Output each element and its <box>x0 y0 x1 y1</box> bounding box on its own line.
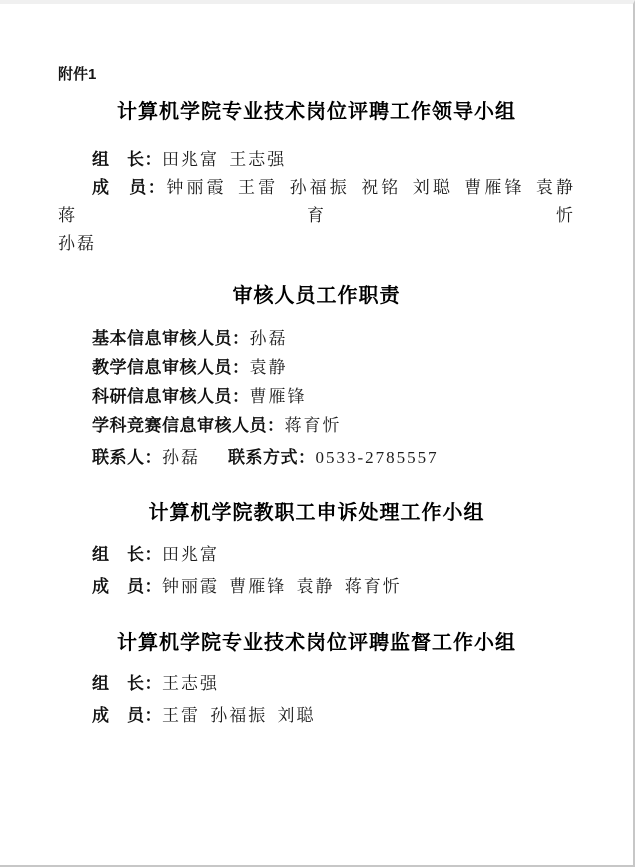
row-value: 田兆富 王志强 <box>162 150 286 169</box>
document-page: 附件1 计算机学院专业技术岗位评聘工作领导小组 组 长：田兆富 王志强 成 员：… <box>0 0 635 867</box>
section-reviewer-duties: 审核人员工作职责 基本信息审核人员：孙磊 教学信息审核人员：袁静 科研信息审核人… <box>58 281 575 472</box>
row-value: 蒋育忻 <box>285 416 342 435</box>
attachment-label: 附件1 <box>58 64 575 86</box>
contact-method-label: 联系方式： <box>228 448 316 467</box>
reviewer-row: 教学信息审核人员：袁静 <box>58 353 575 382</box>
row-label: 基本信息审核人员： <box>92 329 250 348</box>
row-value: 孙磊 <box>58 234 96 253</box>
section-title: 计算机学院教职工申诉处理工作小组 <box>58 498 575 528</box>
row-label: 成 员： <box>92 706 162 725</box>
section-title: 计算机学院专业技术岗位评聘工作领导小组 <box>58 97 575 127</box>
section-title: 计算机学院专业技术岗位评聘监督工作小组 <box>58 628 575 658</box>
row-label: 组 长： <box>92 150 162 169</box>
leader-row: 组 长：田兆富 <box>58 539 575 571</box>
reviewer-row: 基本信息审核人员：孙磊 <box>58 324 575 353</box>
row-value: 钟丽霞 曹雁锋 袁静 蒋育忻 <box>162 577 402 596</box>
row-label: 组 长： <box>92 545 162 564</box>
members-overflow-row: 孙磊 <box>58 230 575 258</box>
row-label: 成 员： <box>92 577 162 596</box>
row-value: 王雷 孙福振 刘聪 <box>162 706 316 725</box>
row-label: 学科竞赛信息审核人员： <box>92 416 285 435</box>
reviewer-row: 科研信息审核人员：曹雁锋 <box>58 382 575 411</box>
leader-row: 组 长：田兆富 王志强 <box>58 146 575 174</box>
section-title: 审核人员工作职责 <box>58 281 575 311</box>
members-row: 成 员：钟丽霞 曹雁锋 袁静 蒋育忻 <box>58 571 575 603</box>
members-row: 成 员：钟丽霞 王雷 孙福振 祝铭 刘聪 曹雁锋 袁静 蒋育忻 <box>58 174 575 230</box>
section-supervision-group: 计算机学院专业技术岗位评聘监督工作小组 组 长：王志强 成 员：王雷 孙福振 刘… <box>58 628 575 732</box>
section-leading-group: 计算机学院专业技术岗位评聘工作领导小组 组 长：田兆富 王志强 成 员：钟丽霞 … <box>58 97 575 258</box>
leader-row: 组 长：王志强 <box>58 668 575 700</box>
row-value: 田兆富 <box>162 545 219 564</box>
contact-phone: 0533-2785557 <box>316 448 439 467</box>
members-row: 成 员：王雷 孙福振 刘聪 <box>58 700 575 732</box>
row-label: 教学信息审核人员： <box>92 358 250 377</box>
row-value: 曹雁锋 <box>250 387 307 406</box>
section-appeal-group: 计算机学院教职工申诉处理工作小组 组 长：田兆富 成 员：钟丽霞 曹雁锋 袁静 … <box>58 498 575 603</box>
row-label: 组 长： <box>92 674 162 693</box>
row-label: 科研信息审核人员： <box>92 387 250 406</box>
row-value: 袁静 <box>250 358 288 377</box>
row-value: 王志强 <box>162 674 219 693</box>
contact-name: 孙磊 <box>162 448 200 467</box>
contact-row: 联系人：孙磊联系方式：0533-2785557 <box>58 443 575 472</box>
row-value: 孙磊 <box>250 329 288 348</box>
reviewer-row: 学科竞赛信息审核人员：蒋育忻 <box>58 411 575 440</box>
contact-label: 联系人： <box>92 448 162 467</box>
row-label: 成 员： <box>92 178 166 197</box>
